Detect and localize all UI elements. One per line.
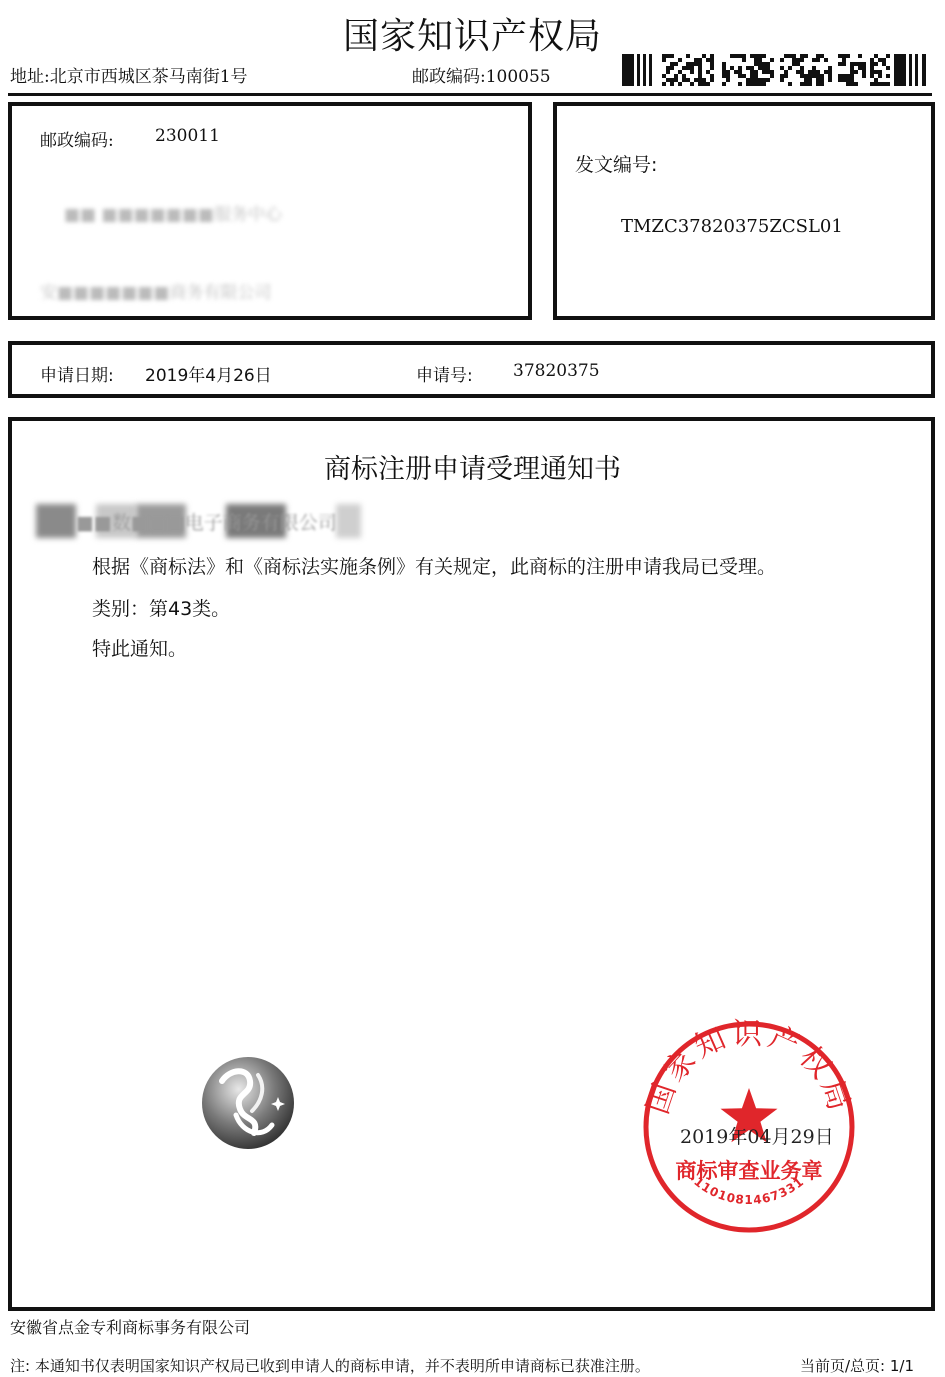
application-number-label: 申请号: <box>416 361 473 386</box>
notice-closing: 特此通知。 <box>92 634 187 661</box>
office-postcode: 邮政编码:100055 <box>412 62 551 87</box>
issue-date: 2019年04月29日 <box>680 1122 834 1149</box>
application-date-label: 申请日期: <box>40 361 114 386</box>
applicant-name-redacted: ■■数■■■电子商务有限公司 <box>36 504 366 538</box>
recipient-postcode-label: 邮政编码: <box>40 126 114 151</box>
applicant-name-text: ■■数■■■电子商务有限公司 <box>76 508 337 535</box>
application-info-box: 申请日期: 2019年4月26日 申请号: 37820375 <box>8 341 935 398</box>
notice-title: 商标注册申请受理通知书 <box>0 447 945 486</box>
2d-barcode-icon <box>622 54 930 86</box>
recipient-name-redacted: 安■■■■■■■商务有限公司 <box>40 278 271 303</box>
footer-note: 注: 本通知书仅表明国家知识产权局已收到申请人的商标申请，并不表明所申请商标已获… <box>10 1355 650 1376</box>
trademark-logo-icon <box>200 1055 296 1151</box>
document-number-value: TMZC37820375ZCSL01 <box>621 216 843 237</box>
recipient-box: 邮政编码: 230011 ■■ ■■■■■■■服务中心 安■■■■■■■商务有限… <box>8 102 532 320</box>
page-title: 国家知识产权局 <box>0 8 945 59</box>
office-address: 地址:北京市西城区茶马南街1号 <box>10 62 248 87</box>
application-number-value: 37820375 <box>513 361 600 381</box>
document-number-box: 发文编号: TMZC37820375ZCSL01 <box>553 102 935 320</box>
page-indicator: 当前页/总页: 1/1 <box>800 1355 914 1376</box>
title-text: 国家知识产权局 <box>343 16 602 57</box>
recipient-postcode-value: 230011 <box>155 126 220 146</box>
document-number-label: 发文编号: <box>575 150 657 177</box>
recipient-address-redacted: ■■ ■■■■■■■服务中心 <box>64 200 282 225</box>
header-divider <box>8 93 932 96</box>
application-date-value: 2019年4月26日 <box>145 361 272 386</box>
notice-class-line: 类别：第43类。 <box>92 594 230 621</box>
notice-body-text: 根据《商标法》和《商标法实施条例》有关规定，此商标的注册申请我局已受理。 <box>92 552 776 579</box>
agency-name: 安徽省点金专利商标事务有限公司 <box>10 1315 250 1338</box>
